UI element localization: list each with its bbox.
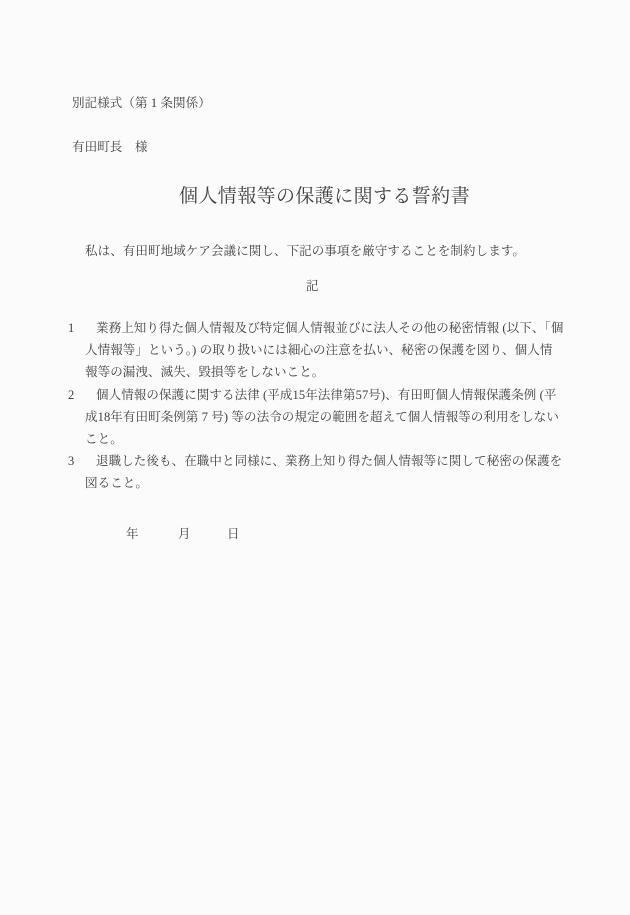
clause-3-number: 3 [68,454,80,468]
clause-3-line-2: 図ること。 [85,476,148,490]
pledge-statement: 私は、有田町地域ケア会議に関し、下記の事項を厳守することを制約します。 [85,244,525,258]
clause-1-line-3: 報等の漏洩、滅失、毀損等をしないこと。 [85,365,324,379]
form-style-note: 別記様式（第 1 条関係） [72,96,211,110]
document-page: 別記様式（第 1 条関係） 有田町長 様 個人情報等の保護に関する誓約書 私は、… [0,0,630,915]
clause-1-line-2: 人情報等」という。) の取り扱いには細心の注意を払い、秘密の保護を図り、個人情 [85,343,552,357]
addressee: 有田町長 様 [72,140,148,154]
year-label: 年 [126,527,139,541]
date-line: 年 月 日 [0,527,630,545]
clause-2-number: 2 [68,388,80,402]
clause-2-line-3: こと。 [85,432,123,446]
clause-2-line-2: 成18年有田町条例第 7 号) 等の法令の規定の範囲を超えて個人情報等の利用をし… [85,410,559,424]
day-label: 日 [227,527,240,541]
record-marker: 記 [306,279,319,293]
clause-1-line-1: 業務上知り得た個人情報及び特定個人情報並びに法人その他の秘密情報 (以下、「個 [96,321,563,335]
month-label: 月 [178,527,191,541]
clause-1-number: 1 [68,321,80,335]
clause-3-line-1: 退職した後も、在職中と同様に、業務上知り得た個人情報等に関して秘密の保護を [96,454,562,468]
clause-2-line-1: 個人情報の保護に関する法律 (平成15年法律第57号)、有田町個人情報保護条例 … [96,388,556,402]
document-title: 個人情報等の保護に関する誓約書 [179,186,470,208]
